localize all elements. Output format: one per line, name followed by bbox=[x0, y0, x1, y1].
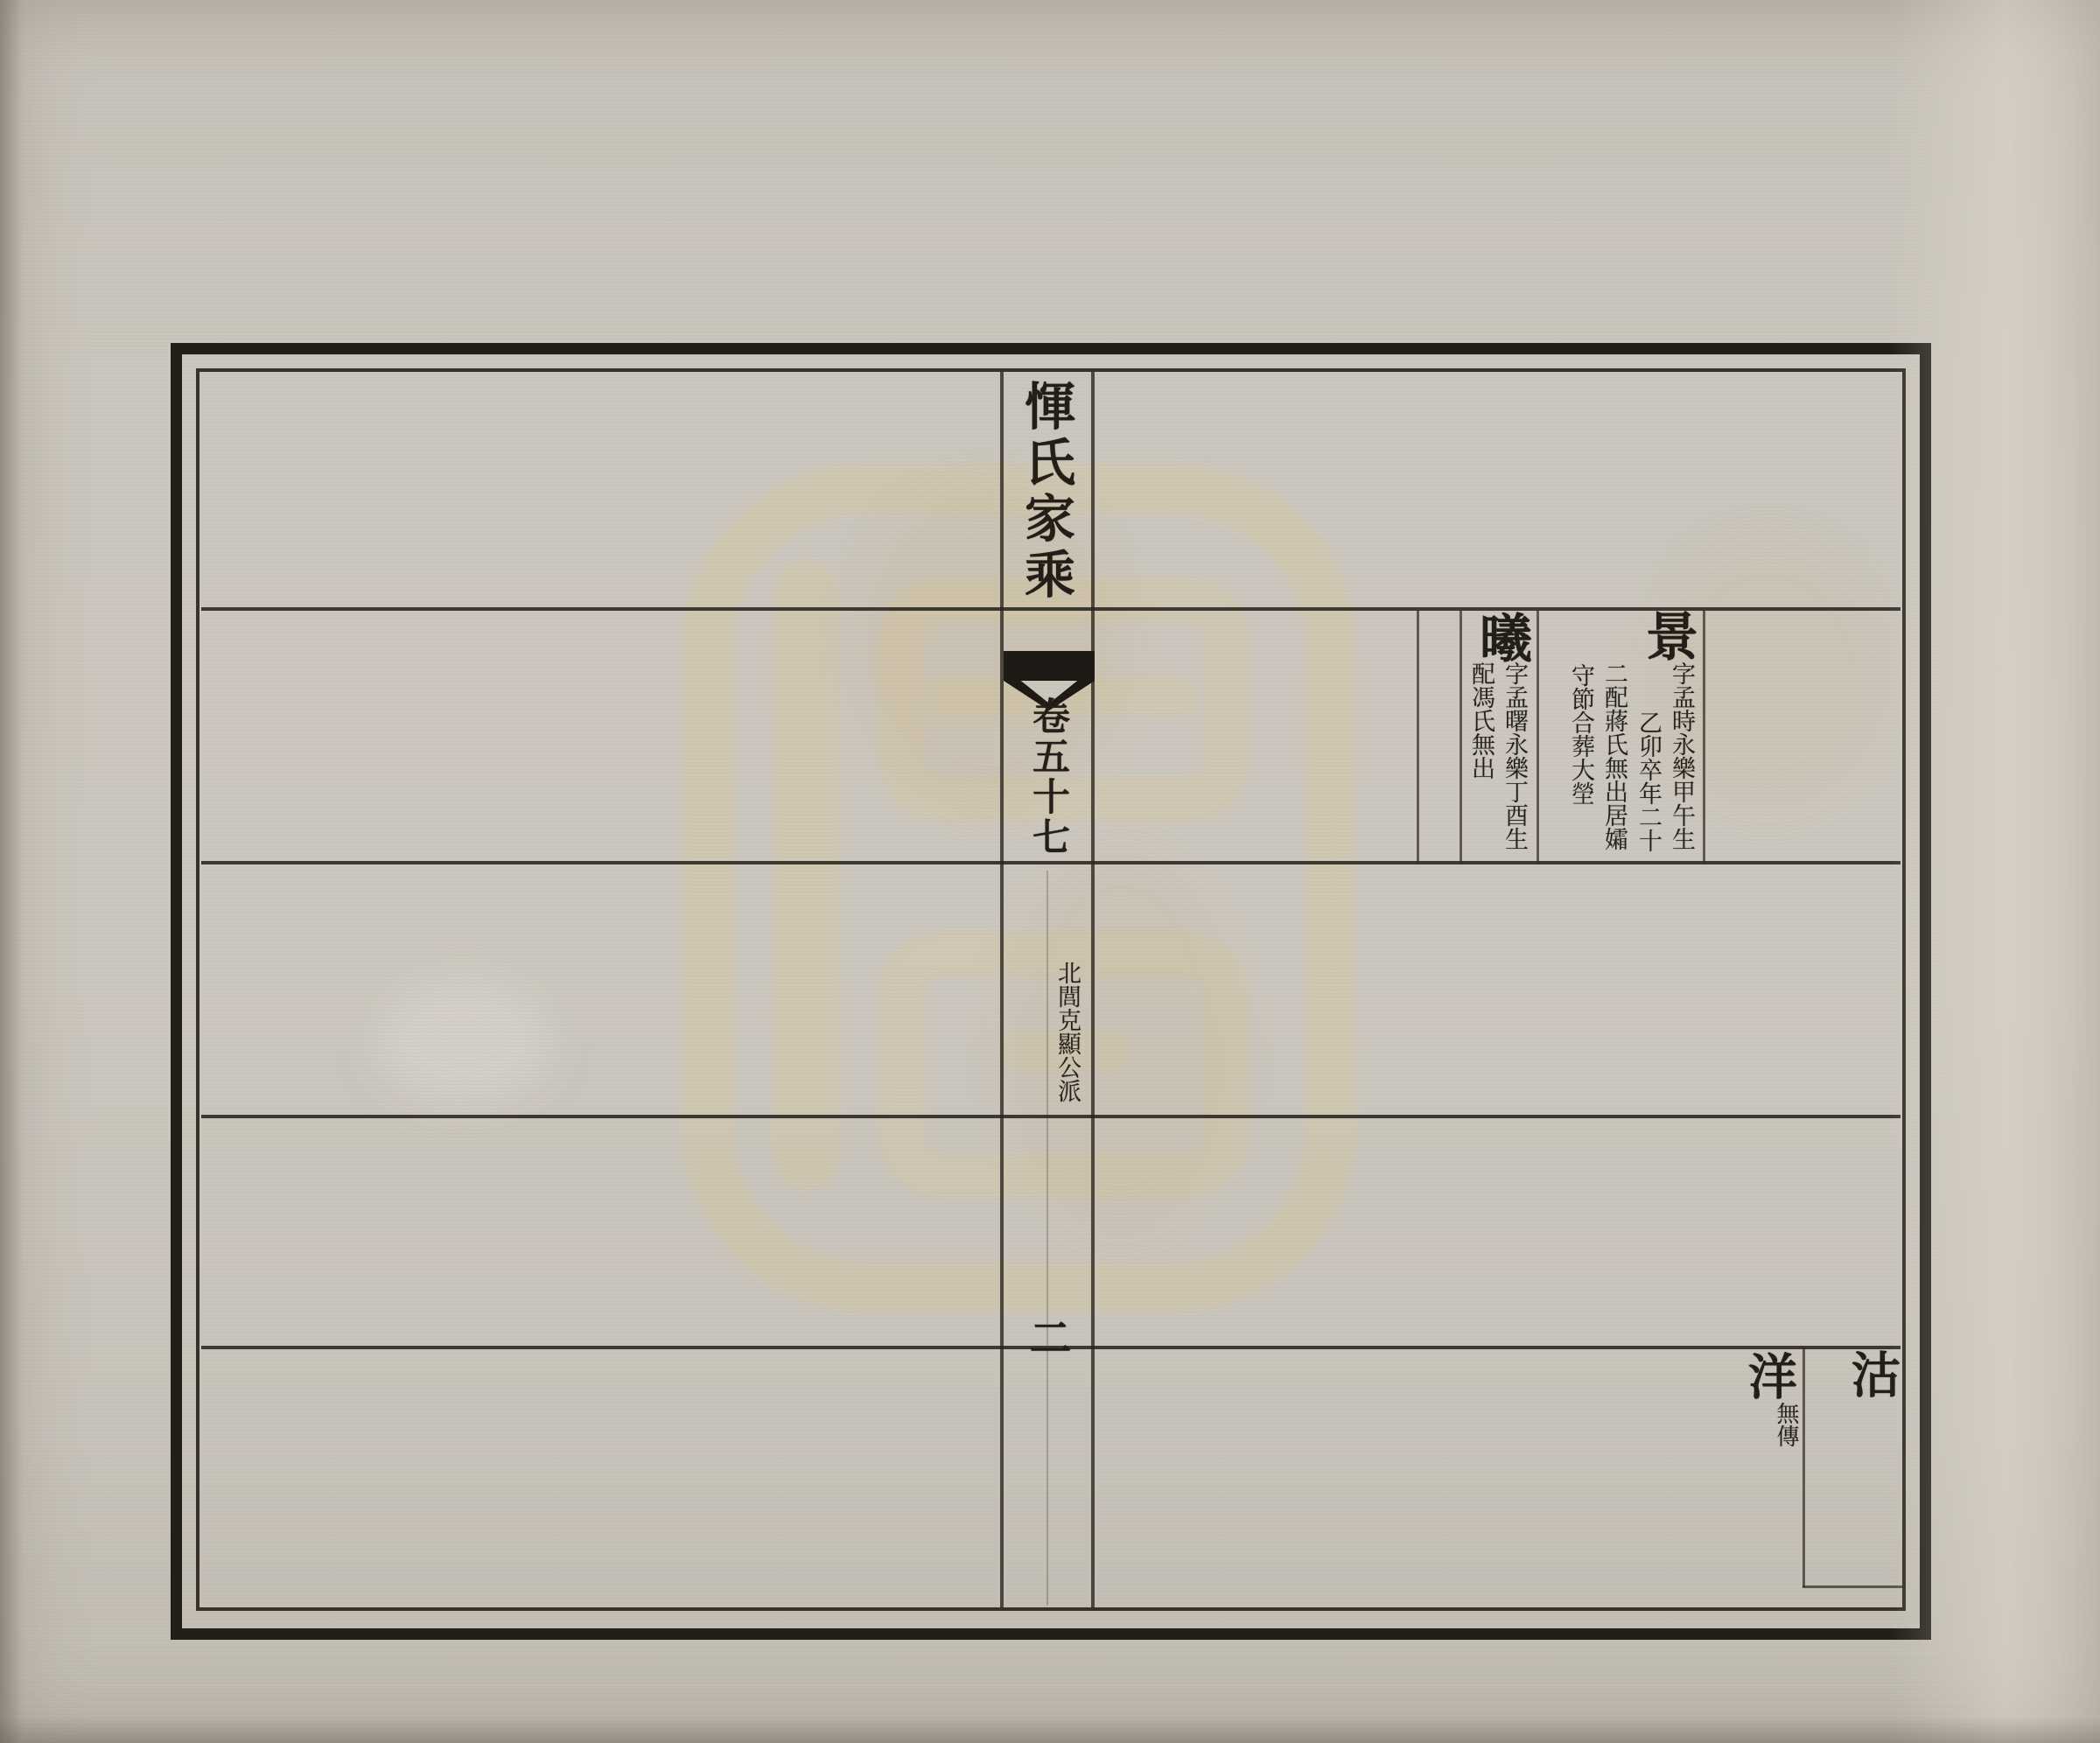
scan-shadow-edge bbox=[0, 1717, 2100, 1743]
row-line bbox=[201, 1115, 1900, 1118]
entry-annotation: 配馮氏無出 bbox=[1469, 661, 1493, 780]
entry-cell-line bbox=[1802, 1347, 1805, 1587]
entry-annotation: 字孟時永樂甲午生 bbox=[1669, 661, 1693, 850]
volume-label: 卷五十七 bbox=[1029, 696, 1067, 857]
scan-light-edge bbox=[1890, 0, 2100, 1743]
entry-cell-line bbox=[1417, 611, 1419, 863]
row-line bbox=[201, 861, 1900, 864]
scanned-genealogy-spread: 惲氏家乘 卷五十七 北閭克顯公派 二 景 字孟時永樂甲午生 乙卯卒年二十 二配蔣… bbox=[0, 0, 2100, 1743]
scan-shadow-edge bbox=[0, 0, 23, 1743]
entry-annotation: 守節合葬大塋 bbox=[1569, 663, 1592, 805]
entry-cell-line bbox=[1703, 611, 1705, 863]
entry-annotation: 二配蔣氏無出居孀 bbox=[1602, 661, 1626, 850]
book-title: 惲氏家乘 bbox=[1020, 380, 1071, 604]
entry-annotation: 無傳 bbox=[1774, 1402, 1797, 1447]
entry-name: 洋 bbox=[1745, 1351, 1794, 1400]
entry-name: 景 bbox=[1641, 609, 1694, 661]
entry-annotation: 字孟曙永樂丁酉生 bbox=[1502, 661, 1526, 850]
entry-cell-line bbox=[1459, 611, 1462, 863]
entry-cell-line bbox=[1536, 611, 1539, 863]
gutter-left-line bbox=[1000, 372, 1004, 1607]
gutter-right-line bbox=[1091, 372, 1095, 1607]
page-number: 二 bbox=[1025, 1316, 1067, 1358]
fold-crease bbox=[1046, 871, 1048, 1606]
entry-name: 曦 bbox=[1475, 611, 1528, 663]
branch-label: 北閭克顯公派 bbox=[1055, 961, 1079, 1102]
entry-annotation: 乙卯卒年二十 bbox=[1636, 710, 1660, 852]
